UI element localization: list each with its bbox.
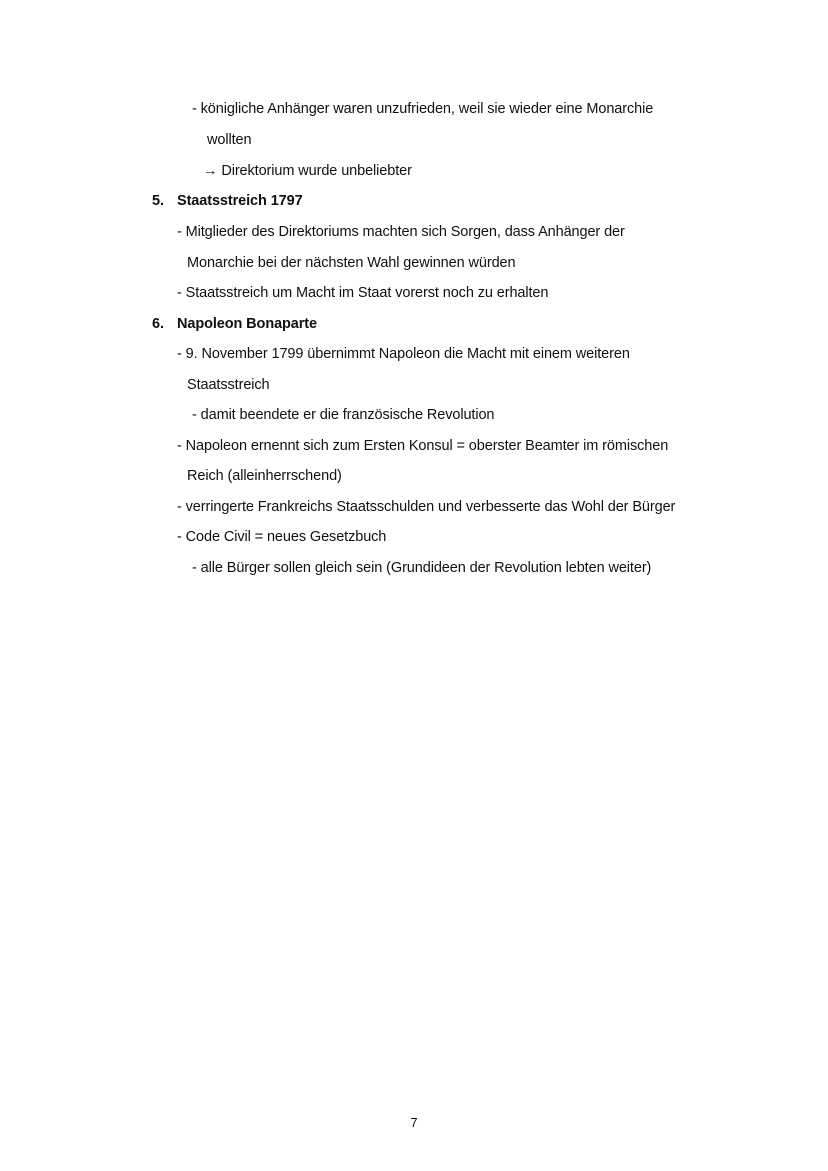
section-heading-staatsstreich: 5.Staatsstreich 1797	[152, 192, 303, 210]
section-number: 6.	[152, 315, 177, 333]
bullet-debt-reduction: - verringerte Frankreichs Staatsschulden…	[177, 498, 675, 516]
document-page: - königliche Anhänger waren unzufrieden,…	[0, 0, 828, 1171]
bullet-first-consul: - Napoleon ernennt sich zum Ersten Konsu…	[177, 437, 668, 455]
section-number: 5.	[152, 192, 177, 210]
section-title: Napoleon Bonaparte	[177, 316, 317, 332]
sub-bullet-revolution-ended: - damit beendete er die französische Rev…	[192, 406, 494, 424]
bullet-directory-worries: - Mitglieder des Direktoriums machten si…	[177, 223, 625, 241]
bullet-royalists-unhappy: - königliche Anhänger waren unzufrieden,…	[192, 100, 653, 118]
arrow-conclusion: → Direktorium wurde unbeliebter	[203, 162, 412, 180]
bullet-continuation: Staatsstreich	[187, 376, 270, 394]
section-heading-napoleon: 6.Napoleon Bonaparte	[152, 315, 317, 333]
page-number: 7	[0, 1115, 828, 1130]
section-title: Staatsstreich 1797	[177, 193, 303, 209]
bullet-napoleon-takes-power: - 9. November 1799 übernimmt Napoleon di…	[177, 345, 630, 363]
bullet-continuation: wollten	[207, 131, 251, 149]
bullet-coup-purpose: - Staatsstreich um Macht im Staat vorers…	[177, 284, 548, 302]
bullet-code-civil: - Code Civil = neues Gesetzbuch	[177, 528, 386, 546]
bullet-continuation: Reich (alleinherrschend)	[187, 467, 342, 485]
sub-bullet-equality: - alle Bürger sollen gleich sein (Grundi…	[192, 559, 651, 577]
bullet-continuation: Monarchie bei der nächsten Wahl gewinnen…	[187, 254, 515, 272]
